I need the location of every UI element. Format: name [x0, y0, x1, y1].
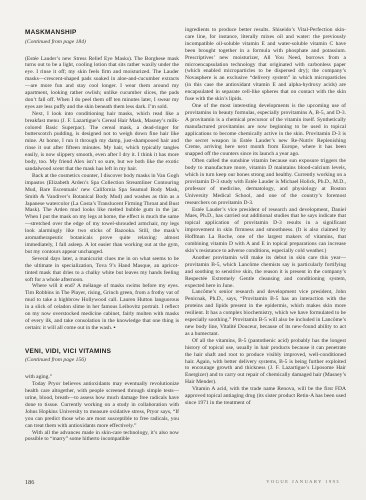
paragraph: (Estée Lauder’s new Stress Relief Eye Ma…: [25, 56, 179, 111]
paragraph: with aging.”: [25, 374, 179, 381]
continued-from-note: (Continued from page 184): [25, 39, 179, 46]
article-title-veni-vidi-vici-vitamins: VENI, VIDI, VICI VITAMINS: [25, 348, 179, 355]
right-column: ingredients to produce better results. S…: [185, 27, 346, 407]
paragraph: Estée Lauder’s vice president of researc…: [185, 207, 346, 255]
paragraph: Today Pryor believes antioxidants may ev…: [25, 381, 179, 429]
page-number: 186: [25, 479, 34, 486]
paragraph: Next, I look into conditioning hair mask…: [25, 111, 179, 173]
paragraph: ingredients to produce better results. S…: [185, 27, 346, 103]
paragraph: With all the advances made in skin-care …: [25, 430, 179, 444]
magazine-footer: VOGUE JANUARY 1993: [266, 479, 340, 484]
paragraph: Back at the cosmetics counter, I discove…: [25, 173, 179, 256]
article-title-maskmanship: MASKMANSHIP: [25, 29, 179, 36]
paragraph-article-end: Where will it end? A mélange of masks sw…: [25, 283, 179, 331]
paragraph: One of the most interesting developments…: [185, 103, 346, 158]
continued-from-note: (Continued from page 156): [25, 357, 179, 364]
paragraph: Lancôme’s senior research and developmen…: [185, 289, 346, 337]
paragraph: Vitamin A acid, with the trade name Reno…: [185, 386, 346, 407]
paragraph: Another provitamin will make its debut i…: [185, 255, 346, 290]
magazine-page: MASKMANSHIP (Continued from page 184) (E…: [0, 0, 366, 500]
paragraph: Several days later, a manicurist clues m…: [25, 256, 179, 284]
paragraph: Of all the vitamins, B-5 (pantothenic ac…: [185, 338, 346, 386]
paragraph: Often called the sunshine vitamin becaus…: [185, 158, 346, 206]
left-column: MASKMANSHIP (Continued from page 184) (E…: [25, 29, 179, 443]
